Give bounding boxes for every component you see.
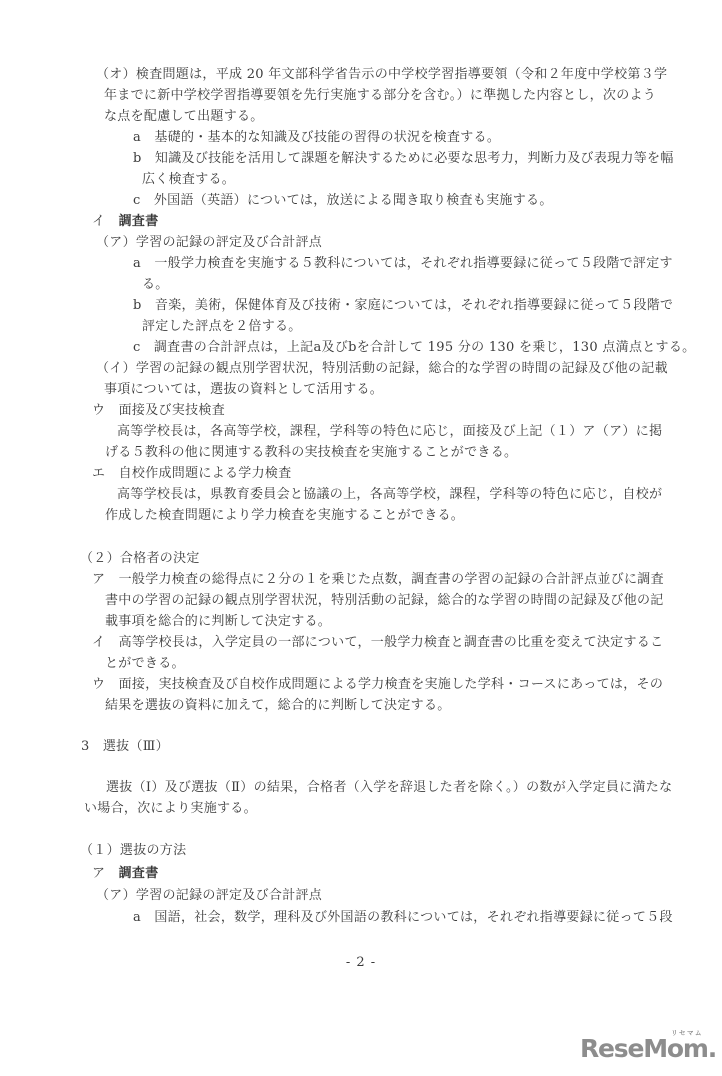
text-line: 作成した検査問題により学力検査を実施することができる。 bbox=[105, 508, 464, 524]
text-line: ア 調査書 bbox=[92, 866, 159, 882]
text-line: 年までに新中学校学習指導要領を先行実施する部分を含む。）に準拠した内容とし，次の… bbox=[104, 88, 656, 104]
text-line: とができる。 bbox=[105, 656, 185, 672]
text-line: （ア）学習の記録の評定及び合計評点 bbox=[96, 888, 322, 904]
text-line: イ 調査書 bbox=[92, 214, 159, 230]
text-line: 3 選抜（Ⅲ） bbox=[81, 739, 169, 755]
text-line: a 国語，社会，数学，理科及び外国語の教科については，それぞれ指導要録に従って５… bbox=[133, 910, 673, 926]
text-line: 評定した評点を２倍する。 bbox=[142, 319, 302, 335]
text-line: げる５教科の他に関連する教科の実技検査を実施することができる。 bbox=[105, 445, 517, 461]
text-line: 結果を選抜の資料に加えて，総合的に判断して決定する。 bbox=[105, 698, 451, 714]
text-line: （１）選抜の方法 bbox=[80, 843, 186, 859]
text-line: （イ）学習の記録の観点別学習状況，特別活動の記録，総合的な学習の時間の記録及び他… bbox=[96, 361, 668, 377]
text-line: （ア）学習の記録の評定及び合計評点 bbox=[96, 235, 322, 251]
text-line: 書中の学習の記録の観点別学習状況，特別活動の記録，総合的な学習の時間の記録及び他… bbox=[105, 593, 664, 609]
text-line: c 調査書の合計評点は，上記a及びbを合計して 195 分の 130 を乗じ，1… bbox=[133, 340, 695, 356]
text-line: い場合，次により実施する。 bbox=[84, 801, 257, 817]
text-line: a 一般学力検査を実施する５教科については，それぞれ指導要録に従って５段階で評定… bbox=[133, 256, 673, 272]
text-line: 広く検査する。 bbox=[142, 172, 235, 188]
text-line: る。 bbox=[142, 277, 169, 293]
text-line: 事項については，選抜の資料として活用する。 bbox=[104, 382, 383, 398]
text-line: イ 高等学校長は，入学定員の一部について，一般学力検査と調査書の比重を変えて決定… bbox=[92, 635, 663, 651]
text-line: （２）合格者の決定 bbox=[80, 551, 200, 567]
text-line: ア 一般学力検査の総得点に２分の１を乗じた点数，調査書の学習の記録の合計評点並び… bbox=[92, 572, 664, 588]
text-line: a 基礎的・基本的な知識及び技能の習得の状況を検査する。 bbox=[133, 130, 500, 146]
text-line: c 外国語（英語）については，放送による聞き取り検査も実施する。 bbox=[133, 193, 553, 209]
text-line: ウ 面接，実技検査及び自校作成問題による学力検査を実施した学科・コースにあっては… bbox=[92, 677, 663, 693]
text-line: 高等学校長は，各高等学校，課程，学科等の特色に応じ，面接及び上記（１）ア（ア）に… bbox=[117, 424, 662, 440]
text-line: 載事項を総合的に判断して決定する。 bbox=[105, 614, 331, 630]
resemom-logo: リセマム ReseMom. bbox=[580, 1030, 716, 1061]
text-line: な点を配慮して出題する。 bbox=[104, 109, 264, 125]
document-page: （オ）検査問題は，平成 20 年文部科学省告示の中学校学習指導要領（令和２年度中… bbox=[0, 0, 722, 1076]
text-line: b 知識及び技能を活用して課題を解決するために必要な思考力，判断力及び表現力等を… bbox=[133, 151, 674, 167]
resemom-logo-text: ReseMom. bbox=[580, 1037, 716, 1061]
document-text: （オ）検査問題は，平成 20 年文部科学省告示の中学校学習指導要領（令和２年度中… bbox=[0, 0, 722, 1076]
text-line: エ 自校作成問題による学力検査 bbox=[92, 466, 292, 482]
text-line: ウ 面接及び実技検査 bbox=[92, 403, 225, 419]
text-line: b 音楽，美術，保健体育及び技術・家庭については，それぞれ指導要録に従って５段階… bbox=[133, 298, 673, 314]
text-line: 高等学校長は，県教育委員会と協議の上，各高等学校，課程，学科等の特色に応じ，自校… bbox=[117, 487, 662, 503]
page-number: - 2 - bbox=[0, 955, 722, 970]
text-line: 選抜（Ⅰ）及び選抜（Ⅱ）の結果，合格者（入学を辞退した者を除く。）の数が入学定員… bbox=[106, 780, 672, 796]
text-line: （オ）検査問題は，平成 20 年文部科学省告示の中学校学習指導要領（令和２年度中… bbox=[96, 67, 667, 83]
